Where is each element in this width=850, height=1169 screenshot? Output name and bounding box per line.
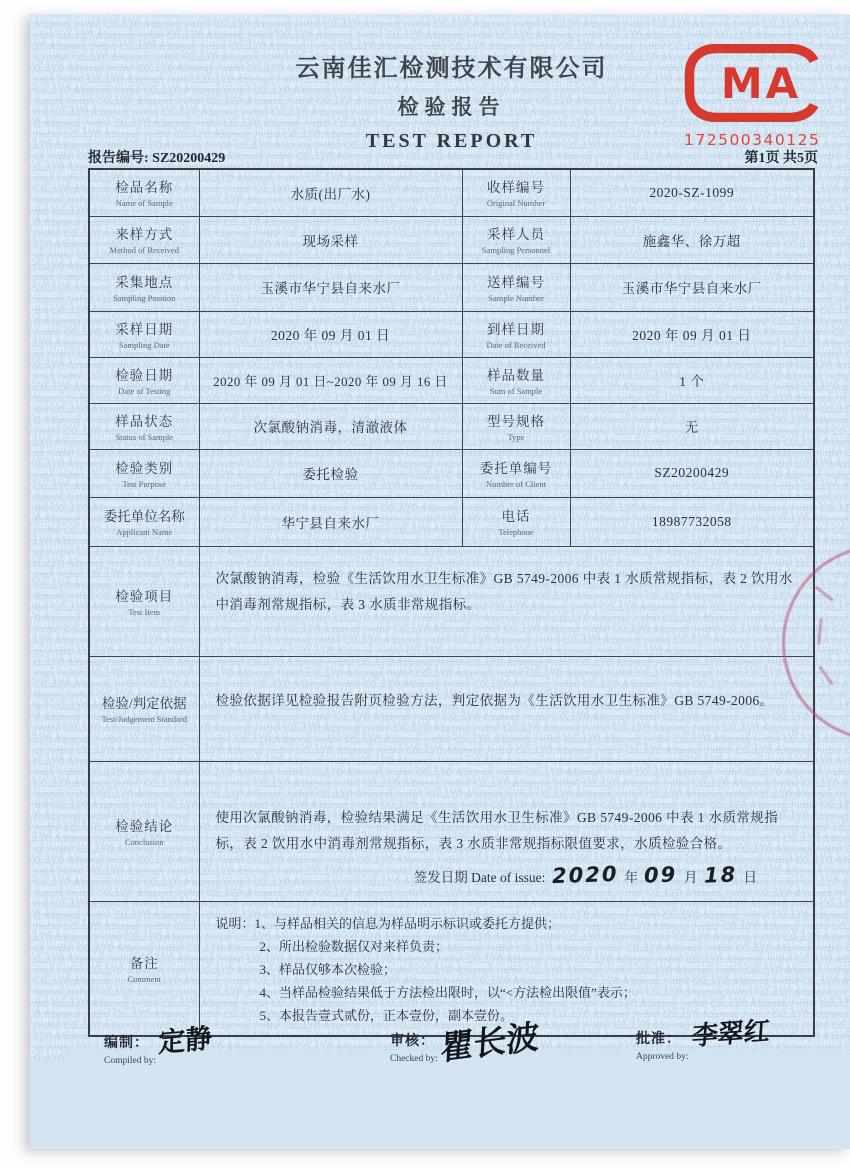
report-number: 报告编号: SZ20200429: [88, 147, 225, 167]
issue-date-year: 2020: [551, 861, 618, 887]
seal-stroke: [818, 666, 833, 686]
field-label-en: Status of Sample: [94, 432, 195, 443]
issue-date-month-unit: 月: [684, 870, 698, 885]
field-value: 无: [570, 403, 814, 449]
field-label: 委托单位名称: [94, 505, 195, 525]
field-label-en: Original Number: [467, 198, 566, 209]
field-value: SZ20200429: [570, 449, 814, 497]
field-label: 委托单编号: [467, 457, 566, 477]
checked-by-label: 审核：: [390, 1030, 438, 1050]
field-label: 送样编号: [467, 271, 566, 291]
checked-by-block: 审核： Checked by: 瞿长波: [390, 1030, 539, 1065]
cma-logo-letters: MA: [721, 59, 801, 108]
field-value: 现场采样: [199, 216, 462, 263]
field-value: 玉溪市华宁县自来水厂: [199, 263, 462, 311]
field-value: 2020 年 09 月 01 日: [570, 311, 814, 357]
report-content: 云南佳汇检测技术有限公司 检验报告 TEST REPORT MA 1725003…: [30, 14, 850, 1149]
issue-date-month: 09: [644, 862, 678, 887]
field-label-en: Sample Number: [467, 293, 566, 304]
field-value: 18987732058: [570, 497, 814, 546]
field-value: 华宁县自来水厂: [199, 497, 462, 546]
field-label: 型号规格: [467, 410, 566, 430]
remark-line: 1、与样品相关的信息为样品明示标识或委托方提供；: [255, 916, 561, 931]
remark-line: 2、所出检验数据仅对来样负责；: [216, 935, 802, 958]
checked-by-signature: 瞿长波: [440, 1019, 540, 1065]
approved-by-label-en: Approved by:: [636, 1052, 689, 1062]
section-label-en: Test Item: [94, 607, 195, 618]
remark-line: 3、样品仅够本次检验；: [216, 958, 802, 981]
field-label-en: Applicant Name: [94, 527, 195, 538]
compiled-by-signature: 定静: [158, 1025, 212, 1057]
remarks-body: 说明：1、与样品相关的信息为样品明示标识或委托方提供； 2、所出检验数据仅对来样…: [204, 904, 810, 1034]
field-value: 2020 年 09 月 01 日: [199, 311, 462, 357]
field-value: 2020 年 09 月 01 日~2020 年 09 月 16 日: [199, 357, 462, 403]
report-paper: &Yunnan JiaHui CO.,LTD &Yunnan JiaHui CO…: [30, 14, 850, 1149]
compiled-by-block: 编制： Compiled by: 定静: [104, 1032, 212, 1066]
seal-stroke: [814, 586, 833, 602]
section-label: 备注: [94, 952, 195, 972]
approved-by-signature: 李翠红: [691, 1018, 771, 1050]
field-label: 来样方式: [94, 223, 195, 243]
cma-logo-icon: MA: [684, 44, 836, 122]
field-label: 样品状态: [94, 410, 195, 430]
compiled-by-label-en: Compiled by:: [104, 1056, 156, 1066]
remarks-row: 备注Comment 说明：1、与样品相关的信息为样品明示标识或委托方提供； 2、…: [89, 901, 814, 1036]
section-label: 检验项目: [94, 585, 195, 605]
field-label: 样品数量: [467, 364, 566, 384]
cma-accreditation-block: MA 172500340125: [684, 44, 842, 149]
field-label: 到样日期: [467, 318, 566, 338]
field-value: 玉溪市华宁县自来水厂: [570, 263, 814, 311]
scanned-test-report-page: &Yunnan JiaHui CO.,LTD &Yunnan JiaHui CO…: [0, 0, 850, 1169]
field-label: 检验日期: [94, 364, 195, 384]
standard-row: 检验/判定依据Test/Judgement Standard 检验依据详见检验报…: [89, 656, 814, 761]
table-row: 来样方式Method of Received 现场采样 采样人员Sampling…: [89, 216, 814, 263]
page-indicator: 第1页 共5页: [745, 147, 819, 167]
issue-date-label: 签发日期 Date of issue:: [414, 870, 549, 885]
section-label-en: Test/Judgement Standard: [94, 714, 195, 725]
field-value: 1 个: [570, 357, 814, 403]
field-label: 检验类别: [94, 457, 195, 477]
approved-by-block: 批准： Approved by: 李翠红: [636, 1028, 769, 1062]
issue-date-year-unit: 年: [625, 870, 639, 885]
field-label-en: Date of Testing: [94, 386, 195, 397]
test-item-row: 检验项目Test Item 次氯酸钠消毒，检验《生活饮用水卫生标准》GB 574…: [89, 546, 814, 656]
field-value: 水质(出厂水): [199, 169, 462, 216]
conclusion-text: 使用次氯酸钠消毒，检验结果满足《生活饮用水卫生标准》GB 5749-2006 中…: [204, 799, 810, 864]
field-value: 2020-SZ-1099: [570, 169, 814, 216]
issue-date-day: 18: [703, 862, 737, 887]
field-label-en: Type: [467, 432, 566, 443]
report-table: 检品名称Name of Sample 水质(出厂水) 收样编号Original …: [88, 168, 815, 1037]
field-label: 采样人员: [467, 223, 566, 243]
table-row: 采集地点Sampling Position 玉溪市华宁县自来水厂 送样编号Sam…: [89, 263, 814, 311]
table-row: 委托单位名称Applicant Name 华宁县自来水厂 电话Telephone…: [89, 497, 814, 546]
field-value: 次氯酸钠消毒，清澈液体: [199, 403, 462, 449]
field-label: 采样日期: [94, 318, 195, 338]
section-label-en: Comment: [94, 974, 195, 985]
field-label-en: Date of Received: [467, 340, 566, 351]
remarks-prefix: 说明：: [216, 916, 255, 931]
section-label: 检验结论: [94, 815, 195, 835]
section-label: 检验/判定依据: [94, 692, 195, 712]
field-label-en: Sampling Position: [94, 293, 195, 304]
field-label: 收样编号: [467, 176, 566, 196]
field-label-en: Test Purpose: [94, 479, 195, 490]
field-label-en: Sum of Sample: [467, 386, 566, 397]
field-label-en: Name of Sample: [94, 198, 195, 209]
field-label-en: Method of Received: [94, 245, 195, 256]
conclusion-row: 检验结论Conclusion 使用次氯酸钠消毒，检验结果满足《生活饮用水卫生标准…: [89, 761, 814, 901]
report-number-value: SZ20200429: [152, 151, 225, 166]
field-label: 检品名称: [94, 176, 195, 196]
standard-text: 检验依据详见检验报告附页检验方法，判定依据为《生活饮用水卫生标准》GB 5749…: [204, 682, 810, 720]
field-value: 委托检验: [199, 449, 462, 497]
signature-area: 编制： Compiled by: 定静 审核： Checked by: 瞿长波 …: [88, 1026, 815, 1096]
report-number-line: 报告编号: SZ20200429 第1页 共5页: [88, 147, 818, 167]
table-row: 检验日期Date of Testing 2020 年 09 月 01 日~202…: [89, 357, 814, 403]
table-row: 检验类别Test Purpose 委托检验 委托单编号Number of Cli…: [89, 449, 814, 497]
remark-line: 4、当样品检验结果低于方法检出限时，以“<方法检出限值”表示；: [216, 981, 802, 1004]
issue-date-day-unit: 日: [744, 870, 758, 885]
field-value: 施鑫华、徐万超: [570, 216, 814, 263]
seal-stroke: [817, 618, 822, 644]
field-label-en: Sampling Personnel: [467, 245, 566, 256]
field-label-en: Number of Client: [467, 479, 566, 490]
test-item-text: 次氯酸钠消毒，检验《生活饮用水卫生标准》GB 5749-2006 中表 1 水质…: [204, 560, 810, 625]
field-label-en: Telephone: [467, 527, 566, 538]
table-row: 样品状态Status of Sample 次氯酸钠消毒，清澈液体 型号规格Typ…: [89, 403, 814, 449]
table-row: 采样日期Sampling Date 2020 年 09 月 01 日 到样日期D…: [89, 311, 814, 357]
field-label: 电话: [467, 505, 566, 525]
report-number-label: 报告编号:: [88, 151, 152, 166]
field-label-en: Sampling Date: [94, 340, 195, 351]
checked-by-label-en: Checked by:: [390, 1054, 438, 1064]
compiled-by-label: 编制：: [104, 1032, 156, 1052]
issue-date: 签发日期 Date of issue: 2020 年 09 月 18 日: [414, 863, 757, 887]
section-label-en: Conclusion: [94, 837, 195, 848]
field-label: 采集地点: [94, 271, 195, 291]
table-row: 检品名称Name of Sample 水质(出厂水) 收样编号Original …: [89, 169, 814, 216]
approved-by-label: 批准：: [636, 1028, 689, 1048]
